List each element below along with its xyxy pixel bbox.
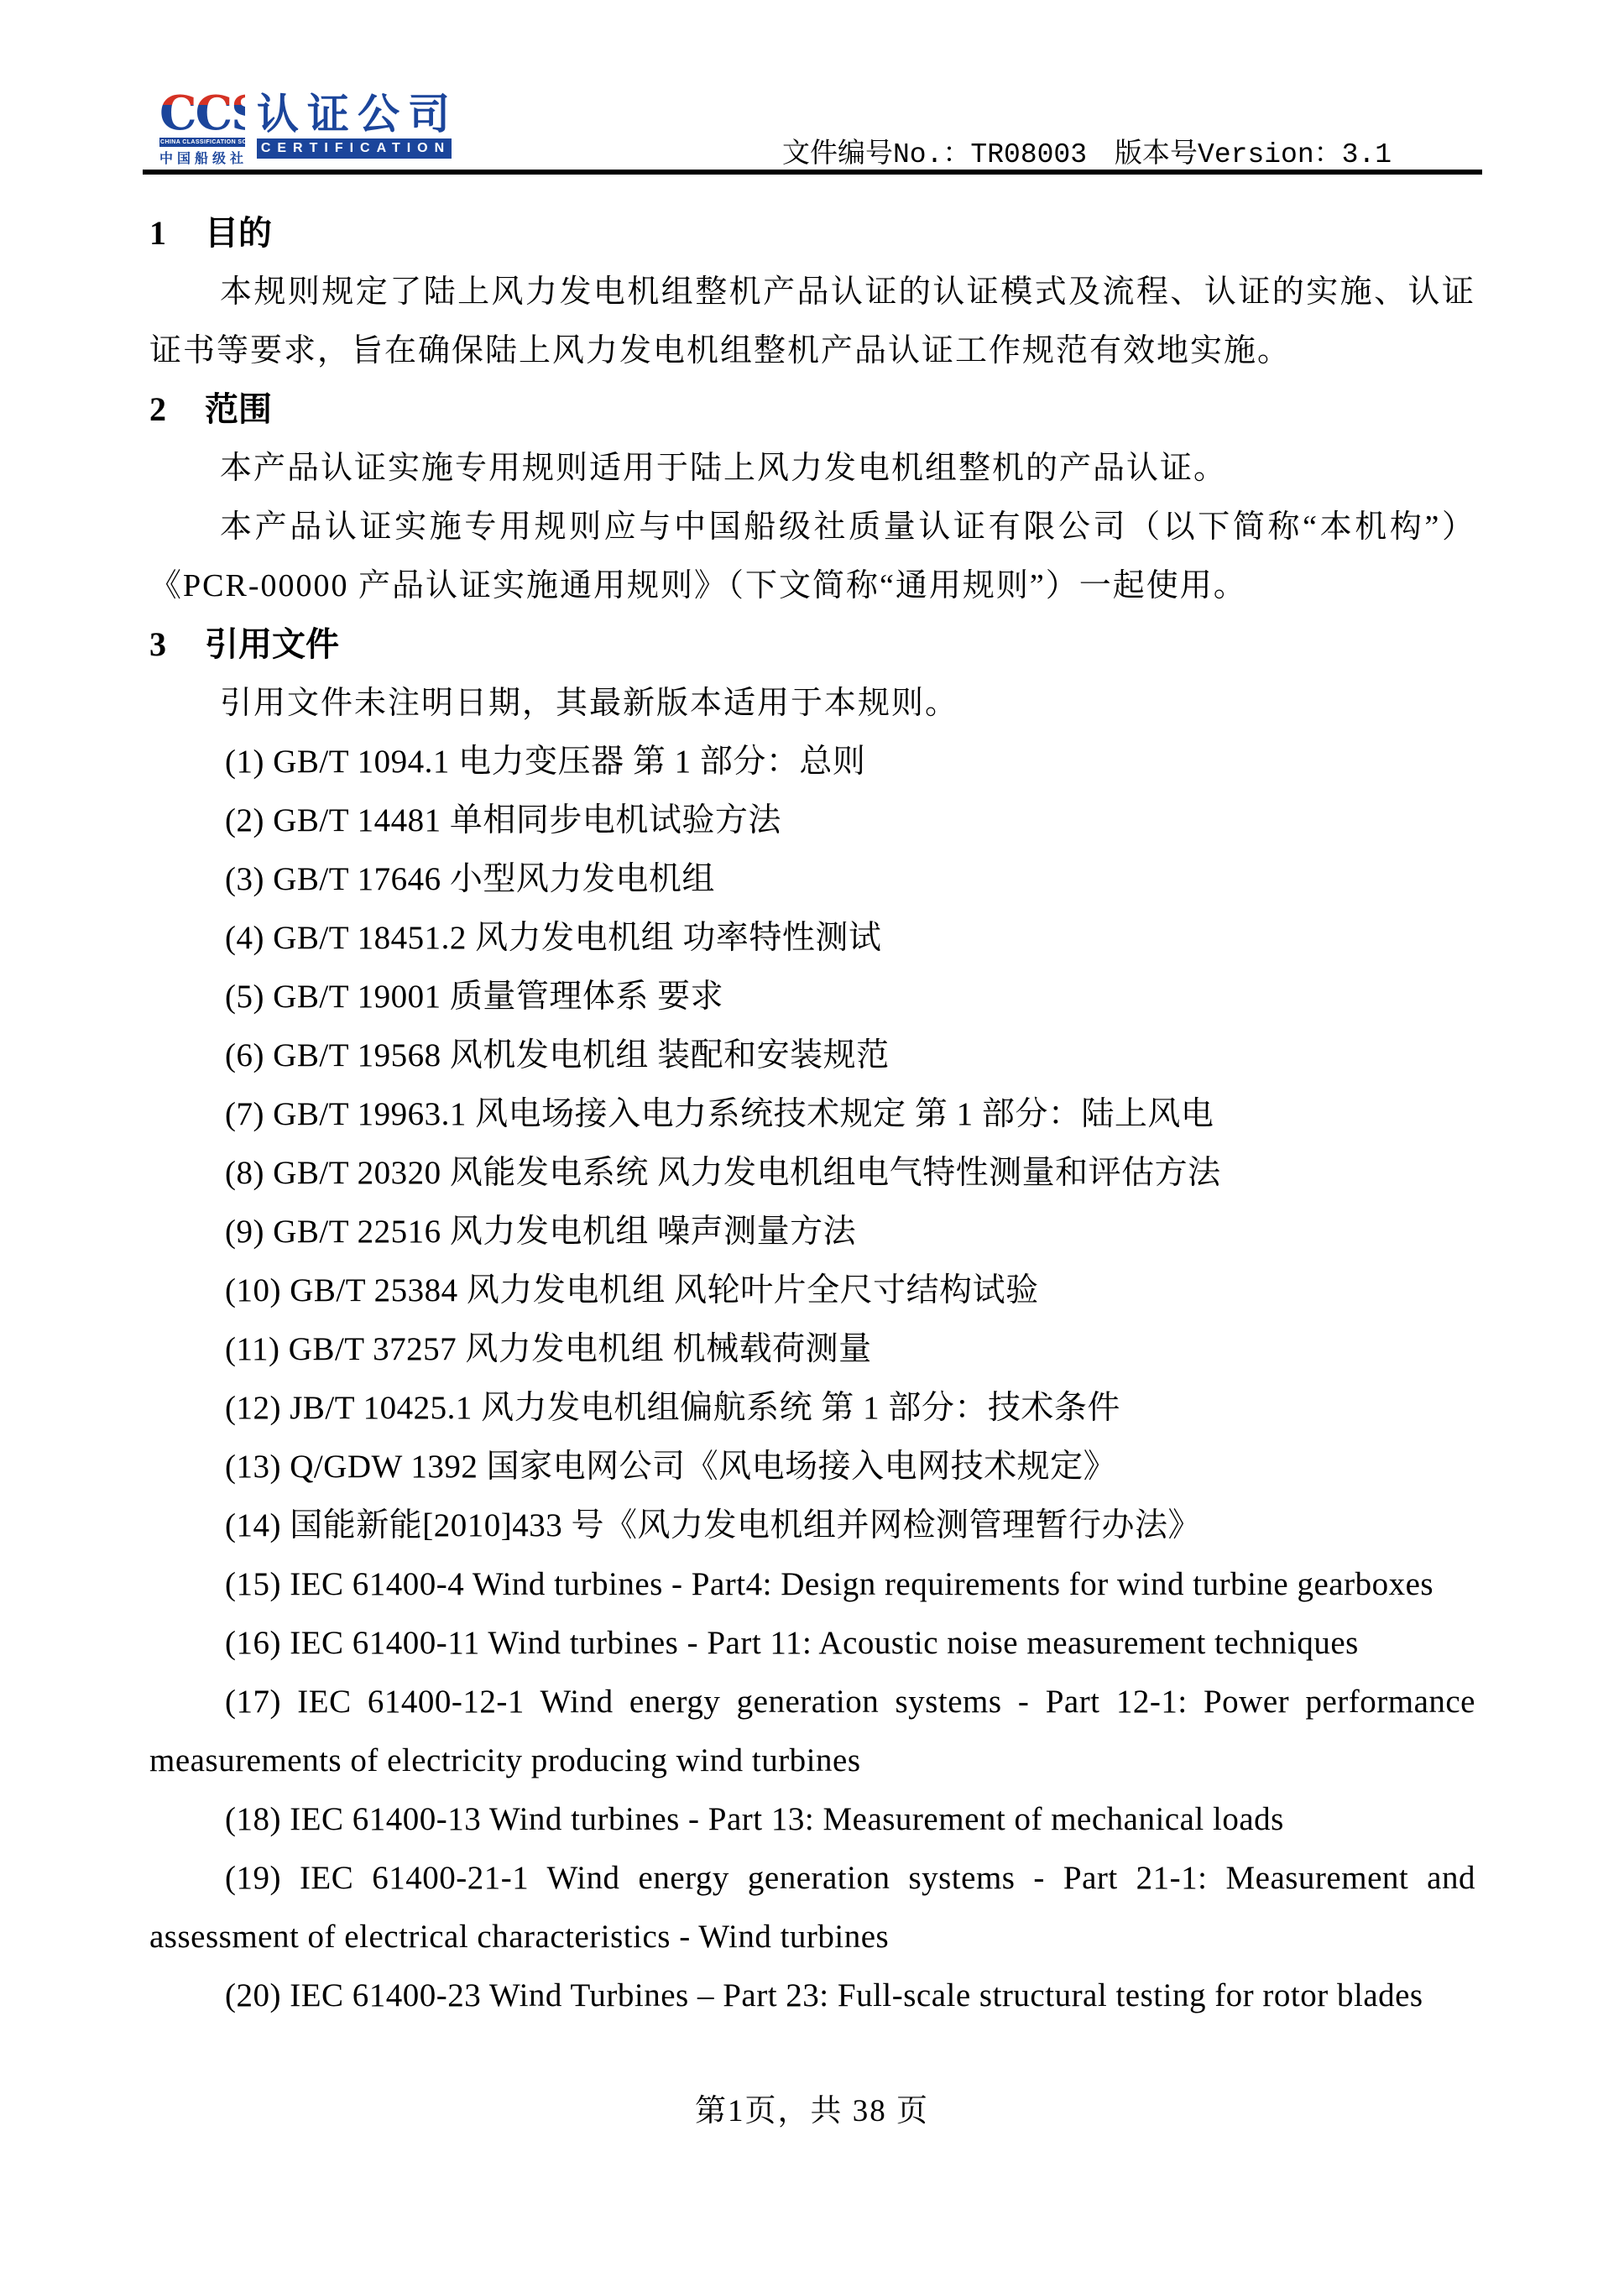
section-number: 2: [149, 380, 205, 439]
reference-item: (17) IEC 61400-12-1 Wind energy generati…: [149, 1673, 1475, 1790]
paragraph: 本规则规定了陆上风力发电机组整机产品认证的认证模式及流程、认证的实施、认证证书等…: [149, 263, 1475, 380]
reference-item: (5) GB/T 19001 质量管理体系 要求: [149, 968, 1475, 1026]
reference-item: (20) IEC 61400-23 Wind Turbines – Part 2…: [149, 1966, 1475, 2025]
reference-item: (8) GB/T 20320 风能发电系统 风力发电机组电气特性测量和评估方法: [149, 1144, 1475, 1203]
section-heading-references: 3引用文件: [149, 615, 1475, 674]
ccs-society-en-badge: CHINA CLASSIFICATION SOCIETY: [159, 138, 245, 147]
reference-item: (11) GB/T 37257 风力发电机组 机械载荷测量: [149, 1320, 1475, 1379]
document-number-label: 文件编号No.：TR08003 版本号Version：3.1: [782, 131, 1392, 170]
ccs-logo-right: 认证公司 CERTIFICATION: [257, 92, 458, 159]
reference-item: (10) GB/T 25384 风力发电机组 风轮叶片全尺寸结构试验: [149, 1261, 1475, 1320]
reference-item: (6) GB/T 19568 风机发电机组 装配和安装规范: [149, 1026, 1475, 1085]
reference-item: (3) GB/T 17646 小型风力发电机组: [149, 850, 1475, 909]
reference-item: (14) 国能新能[2010]433 号《风力发电机组并网检测管理暂行办法》: [149, 1496, 1475, 1555]
section-number: 1: [149, 204, 205, 263]
reference-item: (12) JB/T 10425.1 风力发电机组偏航系统 第 1 部分：技术条件: [149, 1379, 1475, 1438]
section-title: 范围: [205, 390, 272, 428]
section-title: 引用文件: [205, 625, 339, 663]
ccs-certification-badge: CERTIFICATION: [257, 138, 452, 159]
reference-item: (9) GB/T 22516 风力发电机组 噪声测量方法: [149, 1203, 1475, 1261]
document-page: CCS CHINA CLASSIFICATION SOCIETY 中国船级社 认…: [0, 0, 1624, 2277]
paragraph: 引用文件未注明日期，其最新版本适用于本规则。: [149, 674, 1475, 733]
reference-item: (7) GB/T 19963.1 风电场接入电力系统技术规定 第 1 部分：陆上…: [149, 1085, 1475, 1144]
paragraph: 本产品认证实施专用规则适用于陆上风力发电机组整机的产品认证。: [149, 439, 1475, 498]
ccs-wordmark: CCS: [159, 92, 245, 134]
page-footer: 第1页，共 38 页: [0, 2085, 1624, 2130]
document-body: 1目的 本规则规定了陆上风力发电机组整机产品认证的认证模式及流程、认证的实施、认…: [149, 204, 1475, 2025]
ccs-society-cn-label: 中国船级社: [159, 148, 245, 167]
reference-item: (2) GB/T 14481 单相同步电机试验方法: [149, 791, 1475, 850]
reference-item: (19) IEC 61400-21-1 Wind energy generati…: [149, 1849, 1475, 1966]
section-heading-purpose: 1目的: [149, 204, 1475, 263]
reference-item: (13) Q/GDW 1392 国家电网公司《风电场接入电网技术规定》: [149, 1438, 1475, 1496]
section-title: 目的: [205, 214, 272, 252]
ccs-logo: CCS CHINA CLASSIFICATION SOCIETY 中国船级社 认…: [159, 92, 458, 167]
page-number-label: 第1页，共 38 页: [695, 2094, 929, 2128]
section-number: 3: [149, 615, 205, 674]
ccs-logo-left: CCS CHINA CLASSIFICATION SOCIETY 中国船级社: [159, 92, 245, 167]
section-heading-scope: 2范围: [149, 380, 1475, 439]
reference-item: (15) IEC 61400-4 Wind turbines - Part4: …: [149, 1555, 1475, 1614]
reference-item: (1) GB/T 1094.1 电力变压器 第 1 部分：总则: [149, 733, 1475, 791]
reference-item: (4) GB/T 18451.2 风力发电机组 功率特性测试: [149, 909, 1475, 968]
header-divider-rule: [143, 170, 1482, 175]
reference-item: (18) IEC 61400-13 Wind turbines - Part 1…: [149, 1790, 1475, 1849]
reference-item: (16) IEC 61400-11 Wind turbines - Part 1…: [149, 1614, 1475, 1673]
paragraph: 本产品认证实施专用规则应与中国船级社质量认证有限公司（以下简称“本机构”）《PC…: [149, 498, 1475, 615]
ccs-company-cn-label: 认证公司: [257, 92, 458, 136]
